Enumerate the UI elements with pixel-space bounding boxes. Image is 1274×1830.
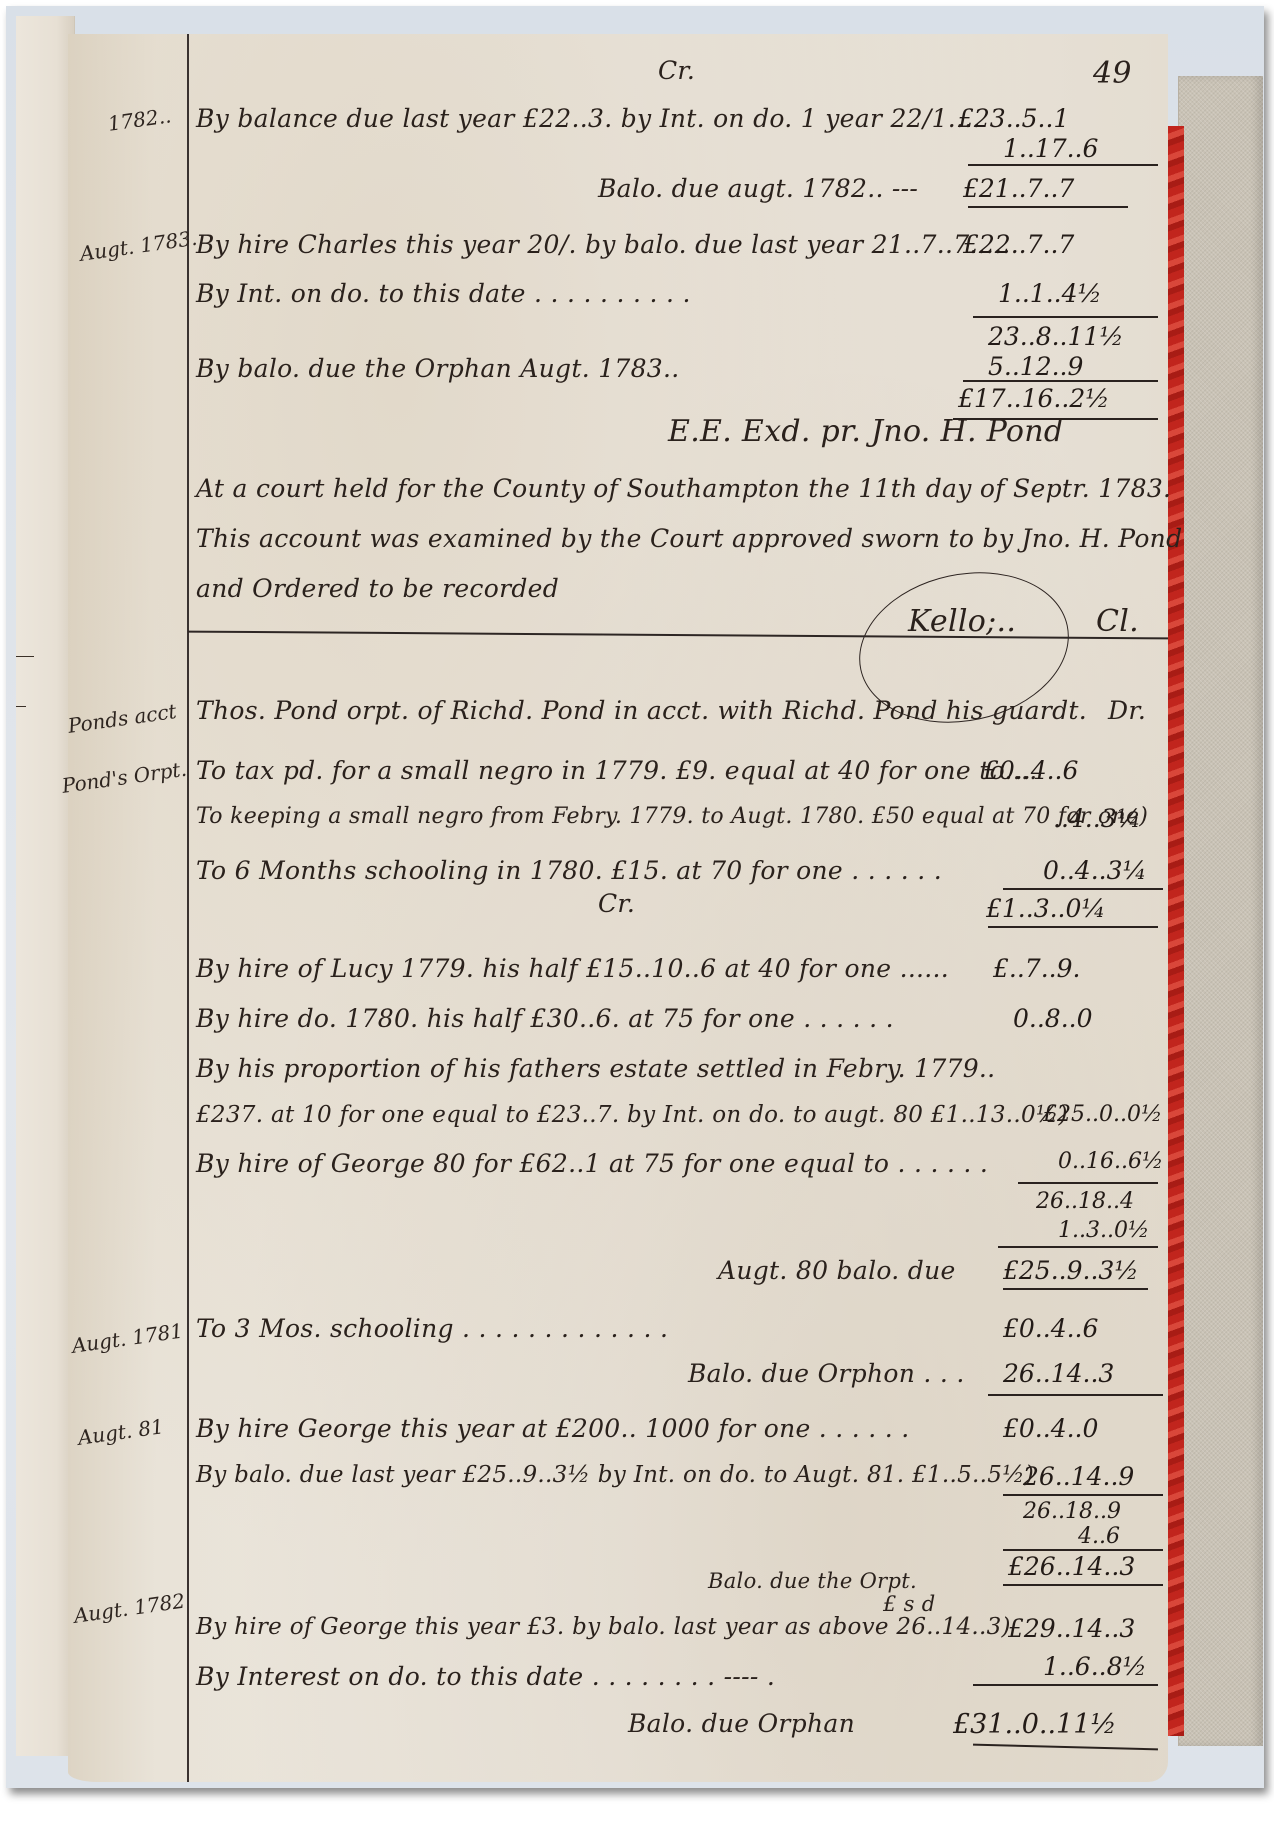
ledger-amount: 5..12..9 (988, 352, 1083, 381)
final-balance-label: Balo. due Orphan (628, 1709, 855, 1738)
debit-total: £1..3..0¼ (986, 894, 1106, 923)
margin-note-aug-81: Augt. 81 (76, 1414, 165, 1450)
credit-line: By hire of Lucy 1779. his half £15..10..… (196, 954, 949, 983)
court-text-line: and Ordered to be recorded (196, 574, 559, 603)
less-amount: 4..6 (1078, 1524, 1120, 1549)
credit-line: By hire of George this year £3. by balo.… (196, 1614, 1011, 1640)
court-text-line: This account was examined by the Court a… (196, 524, 1182, 553)
court-text-line: At a court held for the County of Southa… (196, 474, 1171, 503)
account-title: Thos. Pond orpt. of Richd. Pond in acct.… (196, 696, 1087, 725)
sum-rule (963, 380, 1158, 382)
debit-line: To tax pd. for a small negro in 1779. £9… (196, 756, 1038, 785)
debit-amount: 0..4..3¼ (1043, 856, 1147, 885)
credit-amount: 0..8..0 (1013, 1004, 1093, 1033)
margin-rule (187, 34, 189, 1782)
schooling-amount: £0..4..6 (1003, 1314, 1098, 1343)
sum-rule (973, 316, 1158, 318)
sum-rule (1003, 1549, 1163, 1551)
debit-amount: £0..4..6 (983, 756, 1078, 785)
red-page-edge (1166, 126, 1184, 1736)
cr-heading: Cr. (598, 889, 635, 918)
debit-line: To keeping a small negro from Febry. 177… (196, 804, 1148, 829)
page-number: 49 (1093, 56, 1132, 91)
credit-amount: £0..4..0 (1003, 1414, 1098, 1443)
photo-frame: 49 1782.. Augt. 1783. Ponds acct Pond's … (6, 6, 1264, 1788)
ledger-amount: £22..7..7 (963, 230, 1074, 259)
clerk-signature: Kello;.. (908, 604, 1016, 639)
credit-line: By balo. due last year £25..9..3½ by Int… (196, 1462, 1034, 1488)
debit-line: To 6 Months schooling in 1780. £15. at 7… (196, 856, 942, 885)
ledger-amount: £17..16..2½ (958, 384, 1109, 413)
margin-note-ponds-orpt: Pond's Orpt. (60, 757, 188, 798)
sum-rule (968, 206, 1128, 208)
aug80-balance-amount: £25..9..3½ (1003, 1256, 1139, 1285)
credit-line: By hire of George 80 for £62..1 at 75 fo… (196, 1149, 988, 1178)
executor-signature: E.E. Exd. pr. Jno. H. Pond (668, 414, 1063, 449)
sum-rule (1018, 1182, 1158, 1184)
facing-page-edge (16, 16, 75, 1756)
balance-orphan-amount: 26..14..3 (1003, 1359, 1114, 1388)
ledger-line: By balance due last year £22..3. by Int.… (196, 104, 981, 133)
credit-line: By hire George this year at £200.. 1000 … (196, 1414, 910, 1443)
ledger-amount: 1..17..6 (1003, 134, 1098, 163)
margin-note-aug-1782: Augt. 1782 (72, 1589, 186, 1628)
ledger-line: By Int. on do. to this date . . . . . . … (196, 279, 691, 308)
sum-rule (1003, 1494, 1163, 1496)
margin-note-aug-1783: Augt. 1783. (78, 226, 198, 266)
credit-line: By Interest on do. to this date . . . . … (196, 1662, 775, 1691)
sum-rule (1003, 1288, 1148, 1290)
debit-amount: ..4..3¼ (1053, 804, 1141, 833)
credit-line: £237. at 10 for one equal to £23..7. by … (196, 1102, 1068, 1128)
sum-rule (973, 1744, 1158, 1750)
ledger-amount: £21..7..7 (963, 174, 1074, 203)
subtotal: 26..18..4 (1036, 1189, 1134, 1214)
ledger-page: 49 1782.. Augt. 1783. Ponds acct Pond's … (68, 34, 1168, 1782)
dr-heading: Dr. (1108, 696, 1146, 725)
credit-amount: 0..16..6½ (1058, 1149, 1163, 1174)
ink-tick (16, 656, 34, 657)
book-cloth-cover (1178, 76, 1263, 1746)
ledger-line: Balo. due augt. 1782.. --- (598, 174, 918, 203)
column-superscript: £ s d (883, 1592, 935, 1616)
balance-orphan-label: Balo. due the Orpt. (708, 1569, 917, 1593)
sum-rule (998, 1246, 1158, 1248)
aug80-balance-label: Augt. 80 balo. due (718, 1256, 956, 1285)
sum-rule (973, 1684, 1158, 1686)
ledger-line: By hire Charles this year 20/. by balo. … (196, 230, 1011, 259)
credit-line: By his proportion of his fathers estate … (196, 1054, 995, 1083)
schooling-line: To 3 Mos. schooling . . . . . . . . . . … (196, 1314, 668, 1343)
balance-orphan-amount: £26..14..3 (1008, 1552, 1135, 1581)
ledger-amount: 23..8..11½ (988, 322, 1124, 351)
credit-amount: 26..14..9 (1023, 1462, 1134, 1491)
sum-rule (1003, 1584, 1163, 1586)
sum-rule (988, 1394, 1163, 1396)
credit-amount: £..7..9. (993, 954, 1080, 983)
credit-amount: £29..14..3 (1008, 1614, 1135, 1643)
margin-note-aug-1781: Augt. 1781 (70, 1319, 184, 1358)
balance-orphan-label: Balo. due Orphon . . . (688, 1359, 965, 1388)
sum-rule (1003, 888, 1163, 890)
clerk-suffix: Cl. (1096, 604, 1139, 639)
ledger-line: By balo. due the Orphan Augt. 1783.. (196, 354, 680, 383)
subtotal: 26..18..9 (1023, 1499, 1121, 1524)
cr-heading: Cr. (658, 56, 695, 85)
credit-line: By hire do. 1780. his half £30..6. at 75… (196, 1004, 894, 1033)
sum-rule (968, 164, 1158, 166)
ledger-amount: £23..5..1 (958, 104, 1069, 133)
final-balance-amount: £31..0..11½ (953, 1709, 1117, 1740)
margin-note-1782: 1782.. (106, 103, 172, 136)
margin-note-ponds-acct: Ponds acct (66, 699, 178, 738)
sum-rule (988, 926, 1158, 928)
less-amount: 1..3..0½ (1058, 1218, 1149, 1243)
credit-amount: 1..6..8½ (1043, 1652, 1147, 1681)
ink-tick (16, 706, 26, 707)
ledger-amount: 1..1..4½ (998, 279, 1102, 308)
credit-amount: £25..0..0½ (1043, 1102, 1162, 1127)
